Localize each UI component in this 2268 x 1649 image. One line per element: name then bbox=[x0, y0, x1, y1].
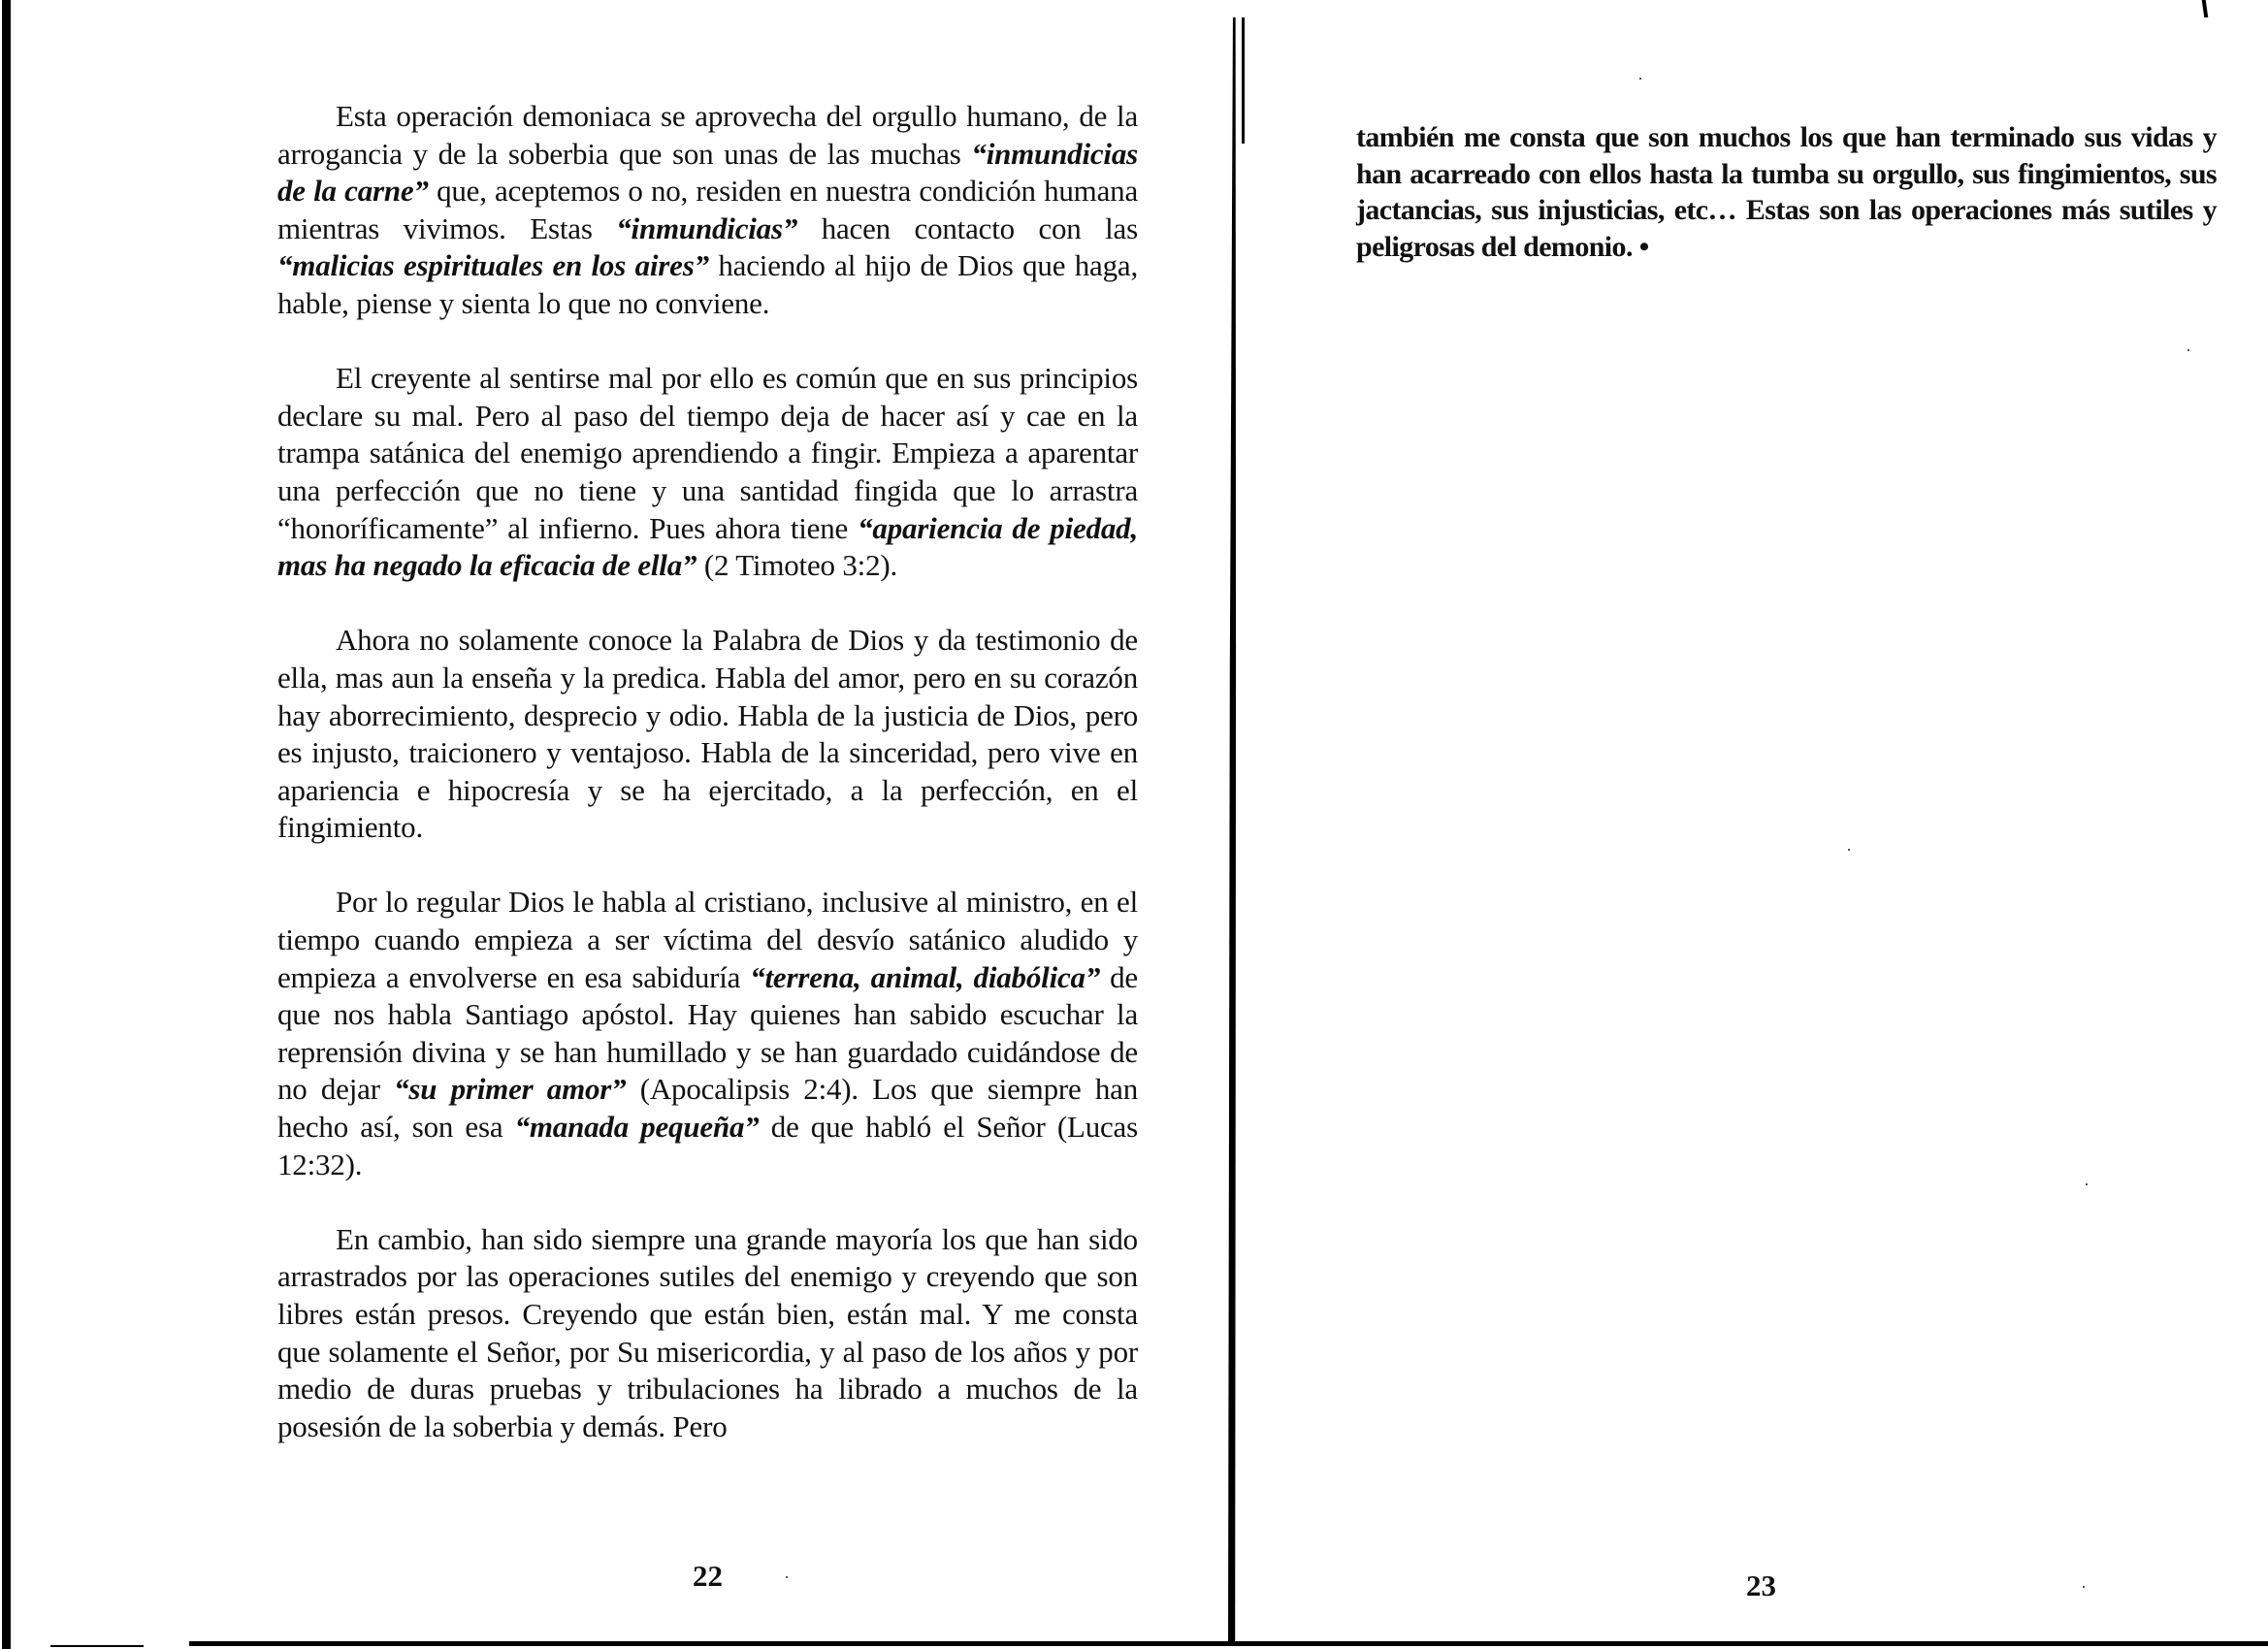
scan-edge-left bbox=[2, 0, 11, 1649]
text-run: Ahora no solamente conoce la Palabra de … bbox=[277, 623, 1138, 844]
scan-edge-bottom-left bbox=[50, 1645, 144, 1647]
page-number: 22 bbox=[693, 1559, 723, 1594]
emphasized-quote: “su primer amor” bbox=[394, 1072, 626, 1106]
paragraph: Esta operación demoniaca se aprovecha de… bbox=[277, 98, 1138, 323]
right-page: también me consta que son muchos los que… bbox=[1356, 0, 2217, 1649]
paragraph: Ahora no solamente conoce la Palabra de … bbox=[277, 622, 1138, 847]
page-number: 23 bbox=[1746, 1568, 1776, 1603]
right-page-body: también me consta que son muchos los que… bbox=[1356, 119, 2217, 265]
left-page-body: Esta operación demoniaca se aprovecha de… bbox=[277, 98, 1138, 1445]
emphasized-quote: “terrena, ani­mal, diabólica” bbox=[750, 960, 1100, 994]
text-run: En cambio, han sido siempre una grande m… bbox=[277, 1222, 1138, 1443]
emphasized-quote: “manada pequeña” bbox=[515, 1110, 760, 1144]
paragraph: Por lo regular Dios le habla al cristian… bbox=[277, 884, 1138, 1183]
book-gutter-top bbox=[1242, 17, 1245, 144]
emphasized-quote: “inmundicias” bbox=[616, 211, 797, 245]
paragraph: En cambio, han sido siempre una grande m… bbox=[277, 1221, 1138, 1446]
text-run: también me consta que son muchos los que… bbox=[1356, 121, 2217, 263]
paragraph: El creyente al sentirse mal por ello es … bbox=[277, 360, 1138, 585]
left-page: Esta operación demoniaca se aprovecha de… bbox=[277, 0, 1138, 1649]
book-gutter-shadow bbox=[1228, 17, 1237, 1644]
paragraph: también me consta que son muchos los que… bbox=[1356, 119, 2217, 265]
emphasized-quote: “malicias espirituales en los aires” bbox=[277, 248, 709, 282]
text-run: hacen contacto con las bbox=[797, 211, 1138, 245]
scripture-reference: (2 Timoteo 3:2). bbox=[697, 548, 897, 582]
